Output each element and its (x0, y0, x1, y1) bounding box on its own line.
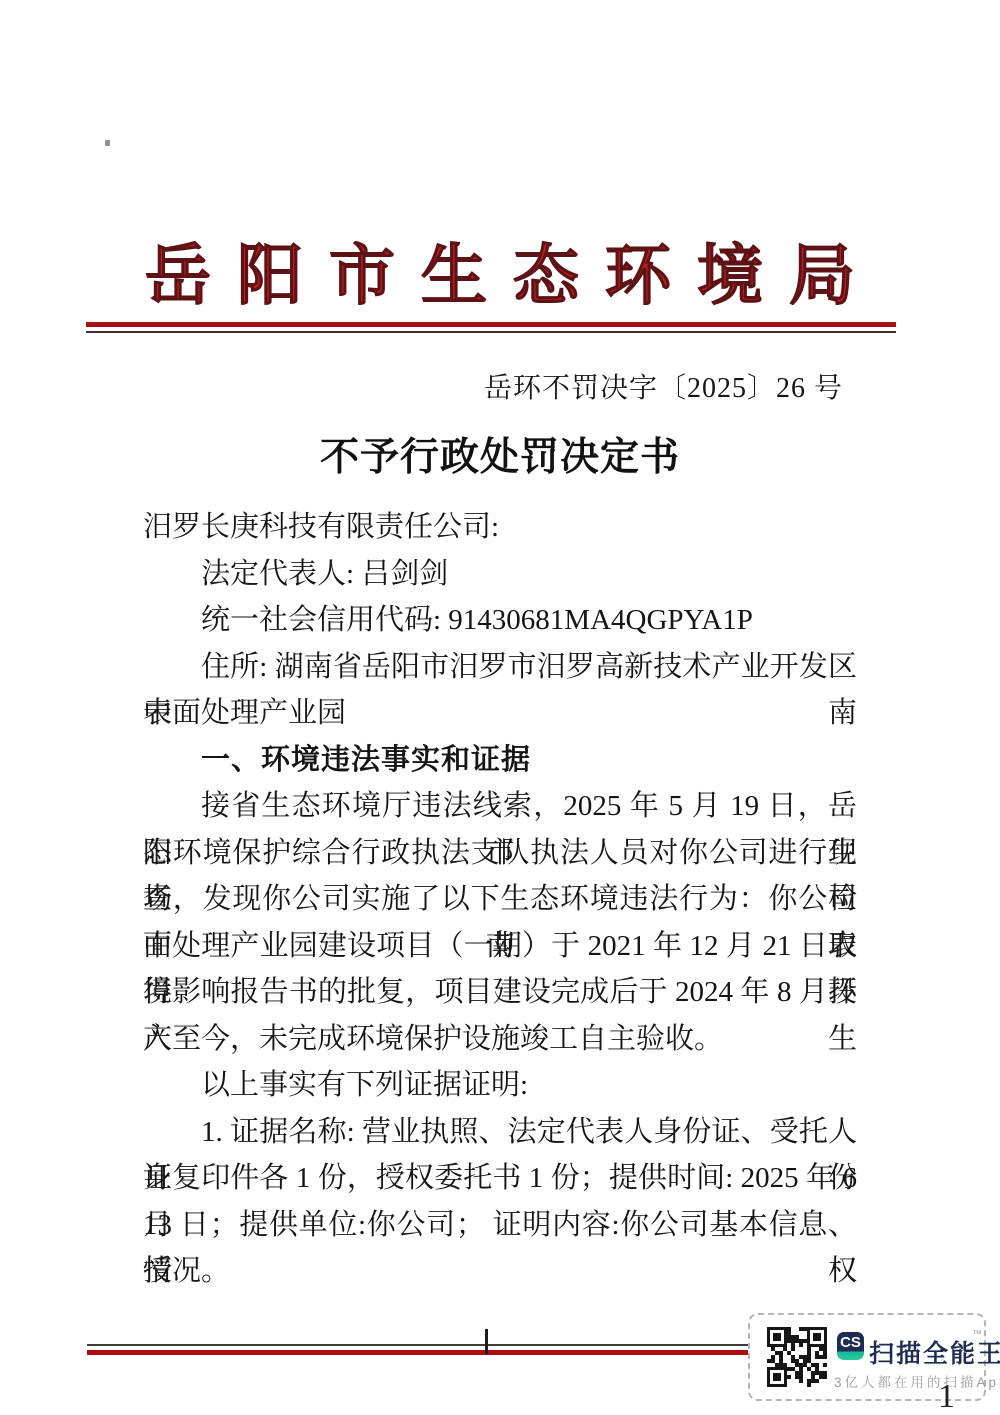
body-line: 态环境保护综合行政执法支队执法人员对你公司进行现场检 (143, 830, 857, 877)
body-line: 境影响报告书的批复，项目建设完成后于 2024 年 8 月投入生 (143, 969, 857, 1016)
body-line: 面处理产业园建设项目（一期）于 2021 年 12 月 21 日取得环 (143, 923, 857, 970)
page-number: 1 (938, 1378, 955, 1415)
camscanner-tagline: 3亿人都在用的扫描App (834, 1371, 1000, 1391)
body-line: 接省生态环境厅违法线索，2025 年 5 月 19 日，岳阳市生 (143, 783, 857, 830)
body-line: 以上事实有下列证据证明: (143, 1062, 857, 1109)
footer-page-tick: 1 (485, 1329, 488, 1354)
scanned-document-page: 岳阳市生态环境局 岳环不罚决字〔2025〕26 号 不予行政处罚决定书 汨罗长庚… (0, 0, 1000, 1415)
scan-artifact-dot (105, 140, 110, 146)
body-line: 13 日；提供单位:你公司； 证明内容:你公司基本信息、授权 (143, 1202, 857, 1249)
letterhead-rule-red (86, 322, 896, 327)
qr-code-icon (767, 1326, 827, 1388)
section-heading: 一、环境违法事实和证据 (143, 737, 857, 784)
letterhead-rule-dark (86, 331, 896, 333)
document-title: 不予行政处罚决定书 (0, 426, 1000, 482)
camscanner-logo-icon: CS (837, 1332, 864, 1360)
body-line: 统一社会信用代码: 91430681MA4QGPYA1P (143, 597, 857, 644)
trademark-mark: ™ (972, 1329, 982, 1340)
agency-letterhead-title: 岳阳市生态环境局 (0, 222, 1000, 317)
body-line: 法定代表人: 吕剑剑 (143, 551, 857, 598)
document-number: 岳环不罚决字〔2025〕26 号 (484, 366, 843, 406)
body-line: 查，发现你公司实施了以下生态环境违法行为：你公司中南表 (143, 876, 857, 923)
body-line: 汨罗长庚科技有限责任公司: (143, 504, 857, 551)
document-body: 汨罗长庚科技有限责任公司: 法定代表人: 吕剑剑 统一社会信用代码: 91430… (143, 504, 857, 1295)
body-line: 证复印件各 1 份，授权委托书 1 份；提供时间: 2025 年 6 月 (143, 1155, 857, 1202)
body-line: 1. 证据名称: 营业执照、法定代表人身份证、受托人身份 (143, 1109, 857, 1156)
body-line: 住所: 湖南省岳阳市汨罗市汨罗高新技术产业开发区中南 (143, 644, 857, 691)
